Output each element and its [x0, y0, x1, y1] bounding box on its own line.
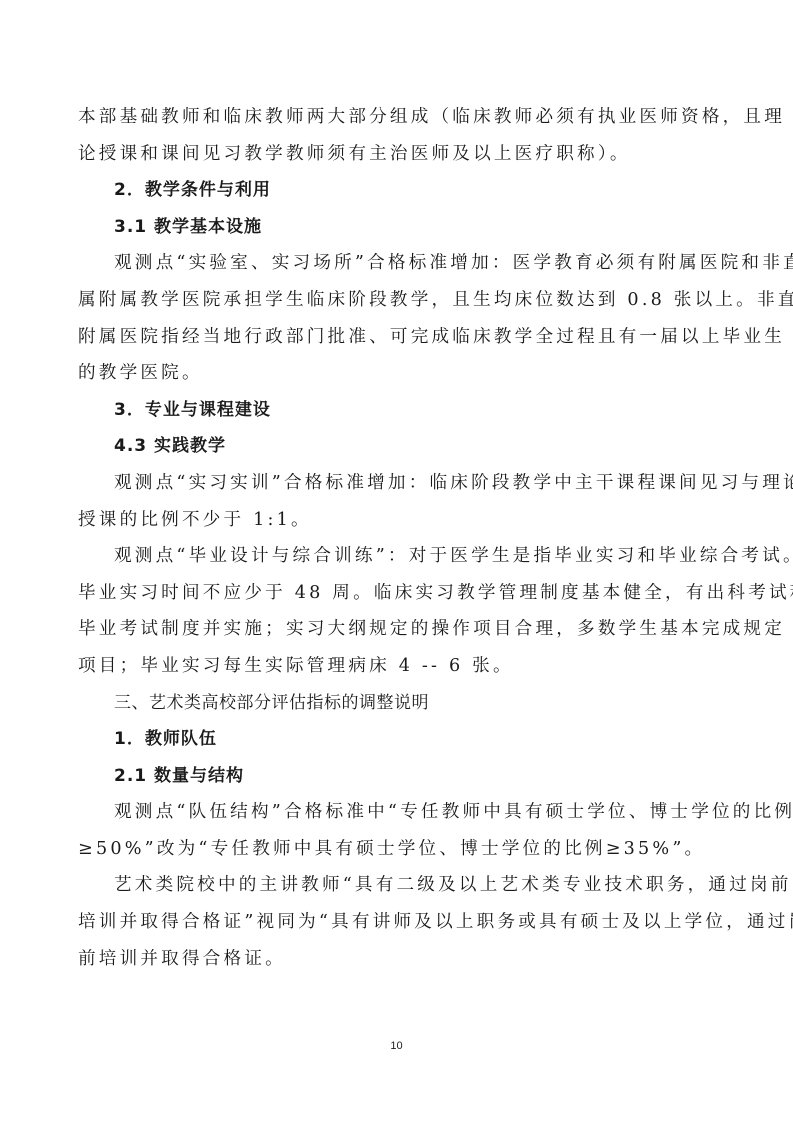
text-line: 的教学医院。 [78, 355, 718, 392]
text-line: 培训并取得合格证”视同为“具有讲师及以上职务或具有硕士及以上学位，通过岗 [78, 904, 718, 941]
text-line: 附属医院指经当地行政部门批准、可完成临床教学全过程且有一届以上毕业生 [78, 319, 718, 356]
text-line: 项目；毕业实习每生实际管理病床 4 -- 6 张。 [78, 648, 718, 685]
text-line: 毕业实习时间不应少于 48 周。临床实习教学管理制度基本健全，有出科考试和 [78, 575, 718, 612]
text-line: 论授课和课间见习教学教师须有主治医师及以上医疗职称）。 [78, 136, 718, 173]
text-line: 观测点“实习实训”合格标准增加：临床阶段教学中主干课程课间见习与理论 [78, 465, 718, 502]
text-line: 前培训并取得合格证。 [78, 941, 718, 978]
paragraph-teacher-composition: 本部基础教师和临床教师两大部分组成（临床教师必须有执业医师资格，且理 论授课和课… [78, 99, 718, 172]
text-line: 本部基础教师和临床教师两大部分组成（临床教师必须有执业医师资格，且理 [78, 99, 718, 136]
heading-teaching-staff: 1．教师队伍 [78, 721, 718, 758]
document-page: 本部基础教师和临床教师两大部分组成（临床教师必须有执业医师资格，且理 论授课和课… [78, 99, 718, 977]
heading-practical-teaching: 4.3 实践教学 [78, 428, 718, 465]
text-line: 属附属教学医院承担学生临床阶段教学，且生均床位数达到 0.8 张以上。非直属 [78, 282, 718, 319]
heading-basic-facilities: 3.1 教学基本设施 [78, 209, 718, 246]
heading-major-course-construction: 3．专业与课程建设 [78, 392, 718, 429]
section-title-art-colleges: 三、艺术类高校部分评估指标的调整说明 [78, 685, 718, 722]
paragraph-graduation-design: 观测点“毕业设计与综合训练”：对于医学生是指毕业实习和毕业综合考试。 毕业实习时… [78, 538, 718, 684]
text-line: 观测点“队伍结构”合格标准中“专任教师中具有硕士学位、博士学位的比例 [78, 794, 718, 831]
text-line: 观测点“毕业设计与综合训练”：对于医学生是指毕业实习和毕业综合考试。 [78, 538, 718, 575]
paragraph-labs-practice-sites: 观测点“实验室、实习场所”合格标准增加：医学教育必须有附属医院和非直 属附属教学… [78, 245, 718, 391]
text-line: ≥50%”改为“专任教师中具有硕士学位、博士学位的比例≥35%”。 [78, 831, 718, 868]
paragraph-internship-training: 观测点“实习实训”合格标准增加：临床阶段教学中主干课程课间见习与理论 授课的比例… [78, 465, 718, 538]
paragraph-staff-structure: 观测点“队伍结构”合格标准中“专任教师中具有硕士学位、博士学位的比例 ≥50%”… [78, 794, 718, 867]
page-number: 10 [0, 1040, 793, 1052]
paragraph-lead-teachers: 艺术类院校中的主讲教师“具有二级及以上艺术类专业技术职务，通过岗前 培训并取得合… [78, 867, 718, 977]
heading-quantity-structure: 2.1 数量与结构 [78, 758, 718, 795]
text-line: 观测点“实验室、实习场所”合格标准增加：医学教育必须有附属医院和非直 [78, 245, 718, 282]
text-line: 艺术类院校中的主讲教师“具有二级及以上艺术类专业技术职务，通过岗前 [78, 867, 718, 904]
text-line: 授课的比例不少于 1:1。 [78, 502, 718, 539]
text-line: 毕业考试制度并实施；实习大纲规定的操作项目合理，多数学生基本完成规定 [78, 611, 718, 648]
heading-teaching-conditions: 2．教学条件与利用 [78, 172, 718, 209]
